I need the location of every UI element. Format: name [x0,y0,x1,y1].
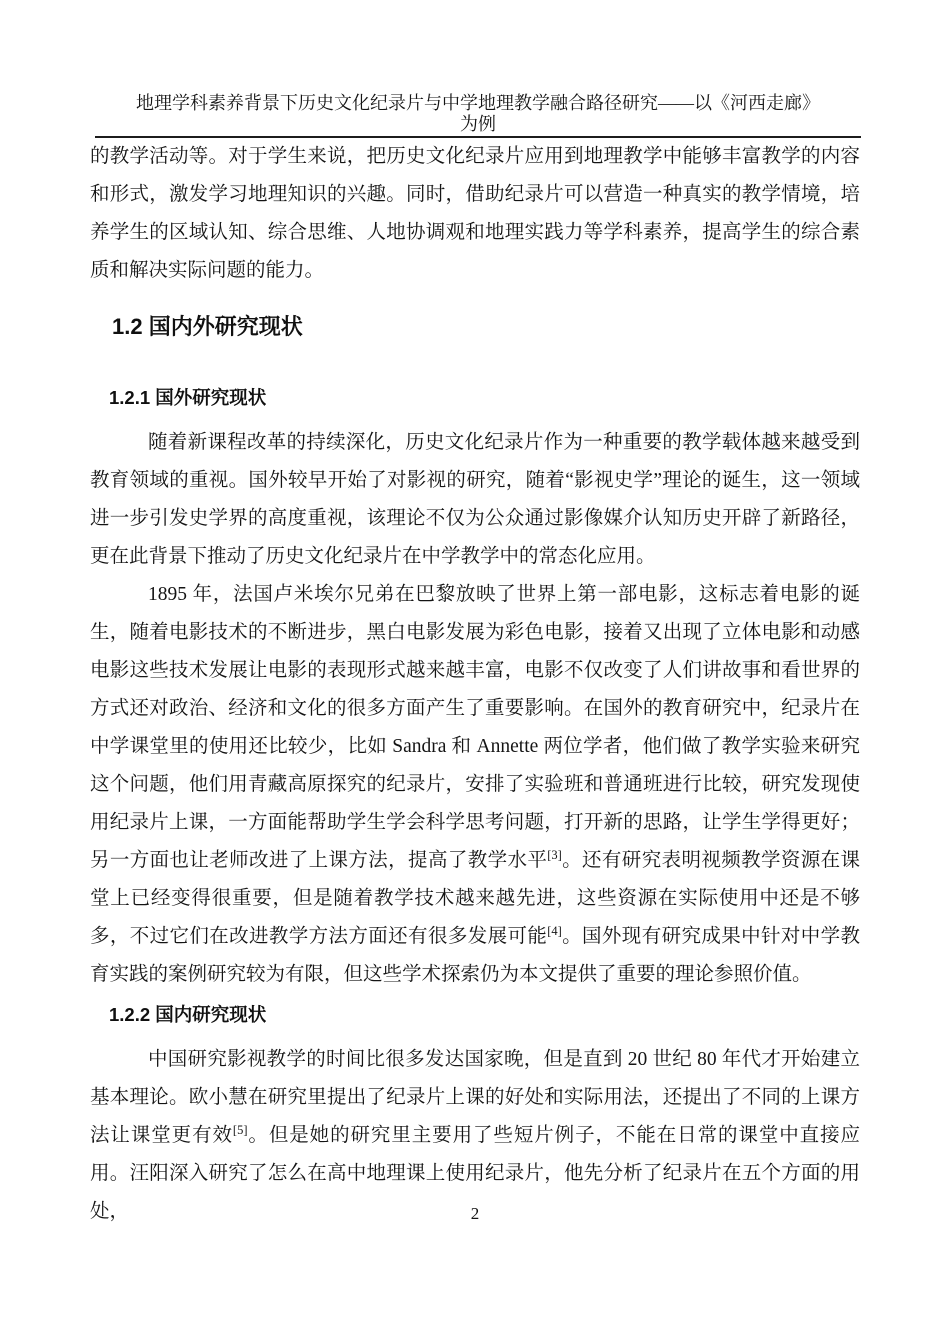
citation-ref-3: [3] [547,848,562,862]
paragraph-foreign-research-1: 随着新课程改革的持续深化，历史文化纪录片作为一种重要的教学载体越来越受到教育领域… [90,424,860,576]
paragraph-domestic-research-1: 中国研究影视教学的时间比很多发达国家晚，但是直到 20 世纪 80 年代才开始建… [90,1041,860,1231]
paragraph-continuation: 的教学活动等。对于学生来说，把历史文化纪录片应用到地理教学中能够丰富教学的内容和… [90,138,860,290]
paragraph-foreign-research-2: 1895 年，法国卢米埃尔兄弟在巴黎放映了世界上第一部电影，这标志着电影的诞生，… [90,576,860,994]
running-header-title-line-2: 为例 [95,114,861,135]
running-header-title-line-1: 地理学科素养背景下历史文化纪录片与中学地理教学融合路径研究——以《河西走廊》 [95,93,861,114]
document-page: 地理学科素养背景下历史文化纪录片与中学地理教学融合路径研究——以《河西走廊》 为… [0,0,950,1344]
section-heading-1-2: 1.2 国内外研究现状 [112,312,860,342]
subsection-heading-1-2-2: 1.2.2 国内研究现状 [109,1002,860,1028]
paragraph-text: 1895 年，法国卢米埃尔兄弟在巴黎放映了世界上第一部电影，这标志着电影的诞生，… [90,584,860,871]
subsection-heading-1-2-1: 1.2.1 国外研究现状 [109,385,860,411]
citation-ref-5: [5] [233,1123,248,1137]
page-number: 2 [0,1204,950,1224]
citation-ref-4: [4] [547,924,562,938]
running-header: 地理学科素养背景下历史文化纪录片与中学地理教学融合路径研究——以《河西走廊》 为… [95,93,861,135]
page-body: 的教学活动等。对于学生来说，把历史文化纪录片应用到地理教学中能够丰富教学的内容和… [90,138,860,1231]
